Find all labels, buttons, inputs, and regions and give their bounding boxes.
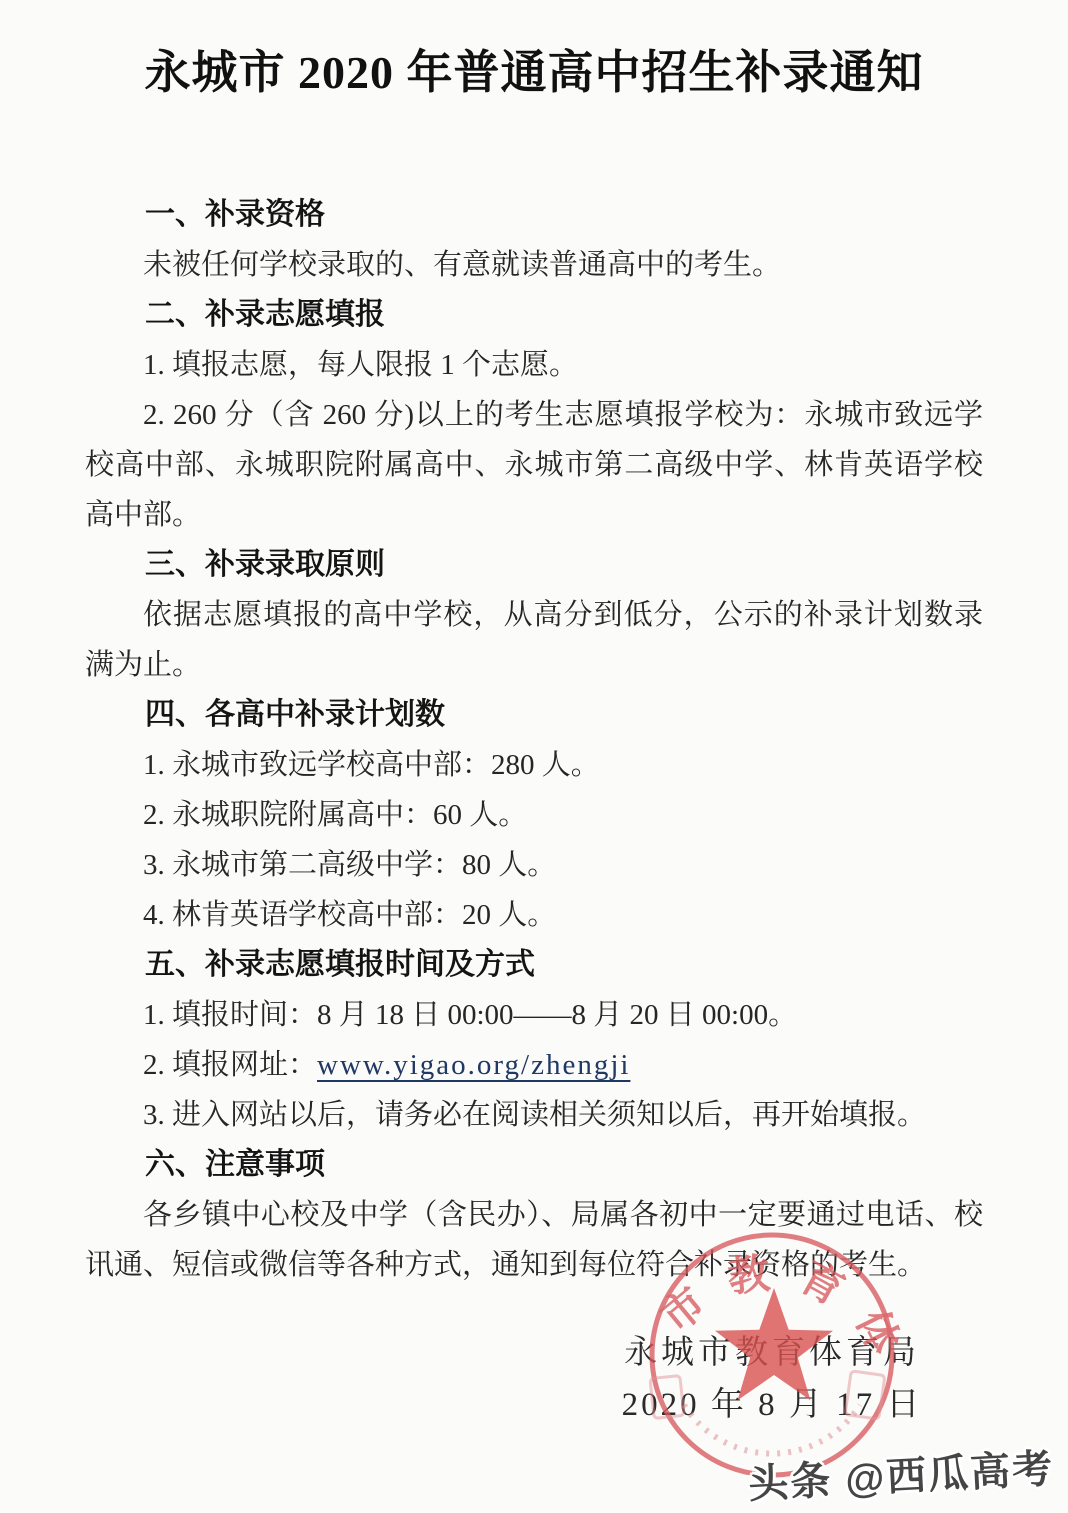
section4-item2: 2. 永城职院附属高中：60 人。 <box>85 790 983 840</box>
stamp-bottom-text-marks <box>684 1405 860 1454</box>
section4-item4: 4. 林肯英语学校高中部：20 人。 <box>85 890 983 940</box>
page-title: 永城市 2020 年普通高中招生补录通知 <box>0 0 1068 102</box>
section3-heading: 三、补录录取原则 <box>85 540 983 590</box>
section1-body: 未被任何学校录取的、有意就读普通高中的考生。 <box>85 240 983 290</box>
section3-body: 依据志愿填报的高中学校，从高分到低分，公示的补录计划数录满为止。 <box>85 590 983 690</box>
section4-item1: 1. 永城市致远学校高中部：280 人。 <box>85 740 983 790</box>
registration-url-label: 2. 填报网址： <box>143 1049 317 1081</box>
section5-item3: 3. 进入网站以后，请务必在阅读相关须知以后，再开始填报。 <box>85 1090 983 1140</box>
section2-heading: 二、补录志愿填报 <box>85 290 983 340</box>
section2-item2: 2. 260 分（含 260 分)以上的考生志愿填报学校为：永城市致远学校高中部… <box>85 390 983 540</box>
section5-item1: 1. 填报时间：8 月 18 日 00:00——8 月 20 日 00:00。 <box>85 990 983 1040</box>
registration-url-link[interactable]: www.yigao.org/zhengji <box>317 1049 630 1081</box>
section1-heading: 一、补录资格 <box>85 190 983 240</box>
notice-body: 一、补录资格 未被任何学校录取的、有意就读普通高中的考生。 二、补录志愿填报 1… <box>85 190 983 1290</box>
section4-heading: 四、各高中补录计划数 <box>85 690 983 740</box>
section6-heading: 六、注意事项 <box>85 1140 983 1190</box>
section4-item3: 3. 永城市第二高级中学：80 人。 <box>85 840 983 890</box>
section5-item2: 2. 填报网址：www.yigao.org/zhengji <box>85 1040 983 1090</box>
section2-item1: 1. 填报志愿，每人限报 1 个志愿。 <box>85 340 983 390</box>
section5-heading: 五、补录志愿填报时间及方式 <box>85 940 983 990</box>
notice-document: 永城市 2020 年普通高中招生补录通知 一、补录资格 未被任何学校录取的、有意… <box>0 0 1068 1513</box>
